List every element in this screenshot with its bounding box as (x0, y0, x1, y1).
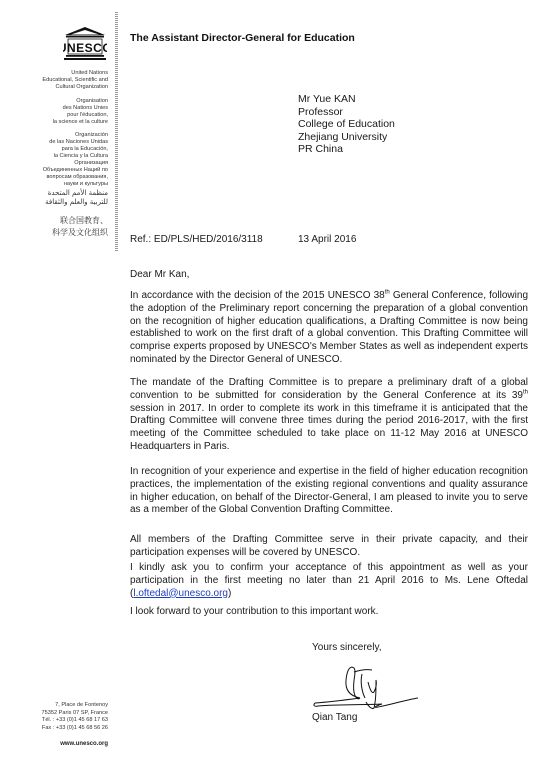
org-name-french: Organisation des Nations Unies pour l'éd… (0, 98, 108, 126)
org-line: 科学及文化组织 (0, 227, 108, 239)
salutation: Dear Mr Kan, (130, 269, 189, 280)
org-line: منظمة الأمم المتحدة (0, 189, 108, 198)
recipient-name: Mr Yue KAN (298, 93, 395, 106)
sender-title: The Assistant Director-General for Educa… (130, 32, 355, 44)
svg-text:UNESCO: UNESCO (63, 41, 107, 55)
handwritten-signature-icon (310, 660, 420, 715)
org-name-russian: Организация Объединенных Наций по вопрос… (0, 160, 108, 188)
paragraph-6: I look forward to your contribution to t… (130, 606, 528, 619)
address-line: 75352 Paris 07 SP, France (42, 710, 108, 718)
recipient-line: PR China (298, 143, 395, 156)
org-name-chinese: 联合国教育、 科学及文化组织 (0, 215, 108, 239)
text: In accordance with the decision of the 2… (130, 290, 385, 301)
paragraph-5: I kindly ask you to confirm your accepta… (130, 562, 528, 600)
org-name-spanish: Organización de las Naciones Unidas para… (0, 132, 108, 160)
superscript: th (523, 389, 528, 395)
org-line: Organisation (0, 98, 108, 105)
closing: Yours sincerely, (312, 642, 381, 653)
footer-website: www.unesco.org (60, 741, 108, 747)
recipient-address: Mr Yue KAN Professor College of Educatio… (298, 93, 395, 156)
org-line: la science et la culture (0, 119, 108, 126)
org-line: Объединенных Наций по (0, 167, 108, 174)
address-line: 7, Place de Fontenoy (42, 702, 108, 710)
signer-name: Qian Tang (312, 712, 357, 723)
org-line: للتربية والعلم والثقافة (0, 198, 108, 207)
org-line: 联合国教育、 (0, 215, 108, 227)
letterhead-divider (115, 12, 118, 252)
paragraph-1: In accordance with the decision of the 2… (130, 290, 528, 367)
reference-number: Ref.: ED/PLS/HED/2016/3118 (130, 234, 263, 245)
text: session in 2017. In order to complete it… (130, 403, 528, 452)
org-line: de las Naciones Unidas (0, 139, 108, 146)
footer-address: 7, Place de Fontenoy 75352 Paris 07 SP, … (42, 702, 108, 732)
paragraph-2: The mandate of the Drafting Committee is… (130, 377, 528, 454)
org-name-arabic: منظمة الأمم المتحدة للتربية والعلم والثق… (0, 189, 108, 207)
org-line: la Ciencia y la Cultura (0, 153, 108, 160)
org-name-english: United Nations Educational, Scientific a… (0, 70, 108, 91)
org-line: Организация (0, 160, 108, 167)
phone-line: Tél. : +33 (0)1 45 68 17 63 (42, 717, 108, 725)
paragraph-4: All members of the Drafting Committee se… (130, 534, 528, 560)
text: ) (228, 588, 231, 599)
org-line: Cultural Organization (0, 84, 108, 91)
paragraph-3: In recognition of your experience and ex… (130, 466, 528, 517)
org-line: United Nations (0, 70, 108, 77)
recipient-line: College of Education (298, 118, 395, 131)
org-line: para la Educación, (0, 146, 108, 153)
org-line: вопросам образования, (0, 174, 108, 181)
fax-line: Fax : +33 (0)1 45 68 56 26 (42, 725, 108, 733)
unesco-temple-logo-icon: UNESCO (63, 26, 107, 62)
org-line: науки и культуры (0, 181, 108, 188)
org-line: pour l'éducation, (0, 112, 108, 119)
letterhead-sidebar: UNESCO United Nations Educational, Scien… (0, 0, 108, 768)
text: General Conference, following the adopti… (130, 290, 528, 365)
org-line: Educational, Scientific and (0, 77, 108, 84)
org-line: Organización (0, 132, 108, 139)
email-link[interactable]: l.oftedal@unesco.org (133, 588, 228, 599)
recipient-line: Zhejiang University (298, 131, 395, 144)
org-line: des Nations Unies (0, 105, 108, 112)
text: The mandate of the Drafting Committee is… (130, 377, 528, 401)
letter-date: 13 April 2016 (298, 234, 356, 245)
recipient-line: Professor (298, 106, 395, 119)
